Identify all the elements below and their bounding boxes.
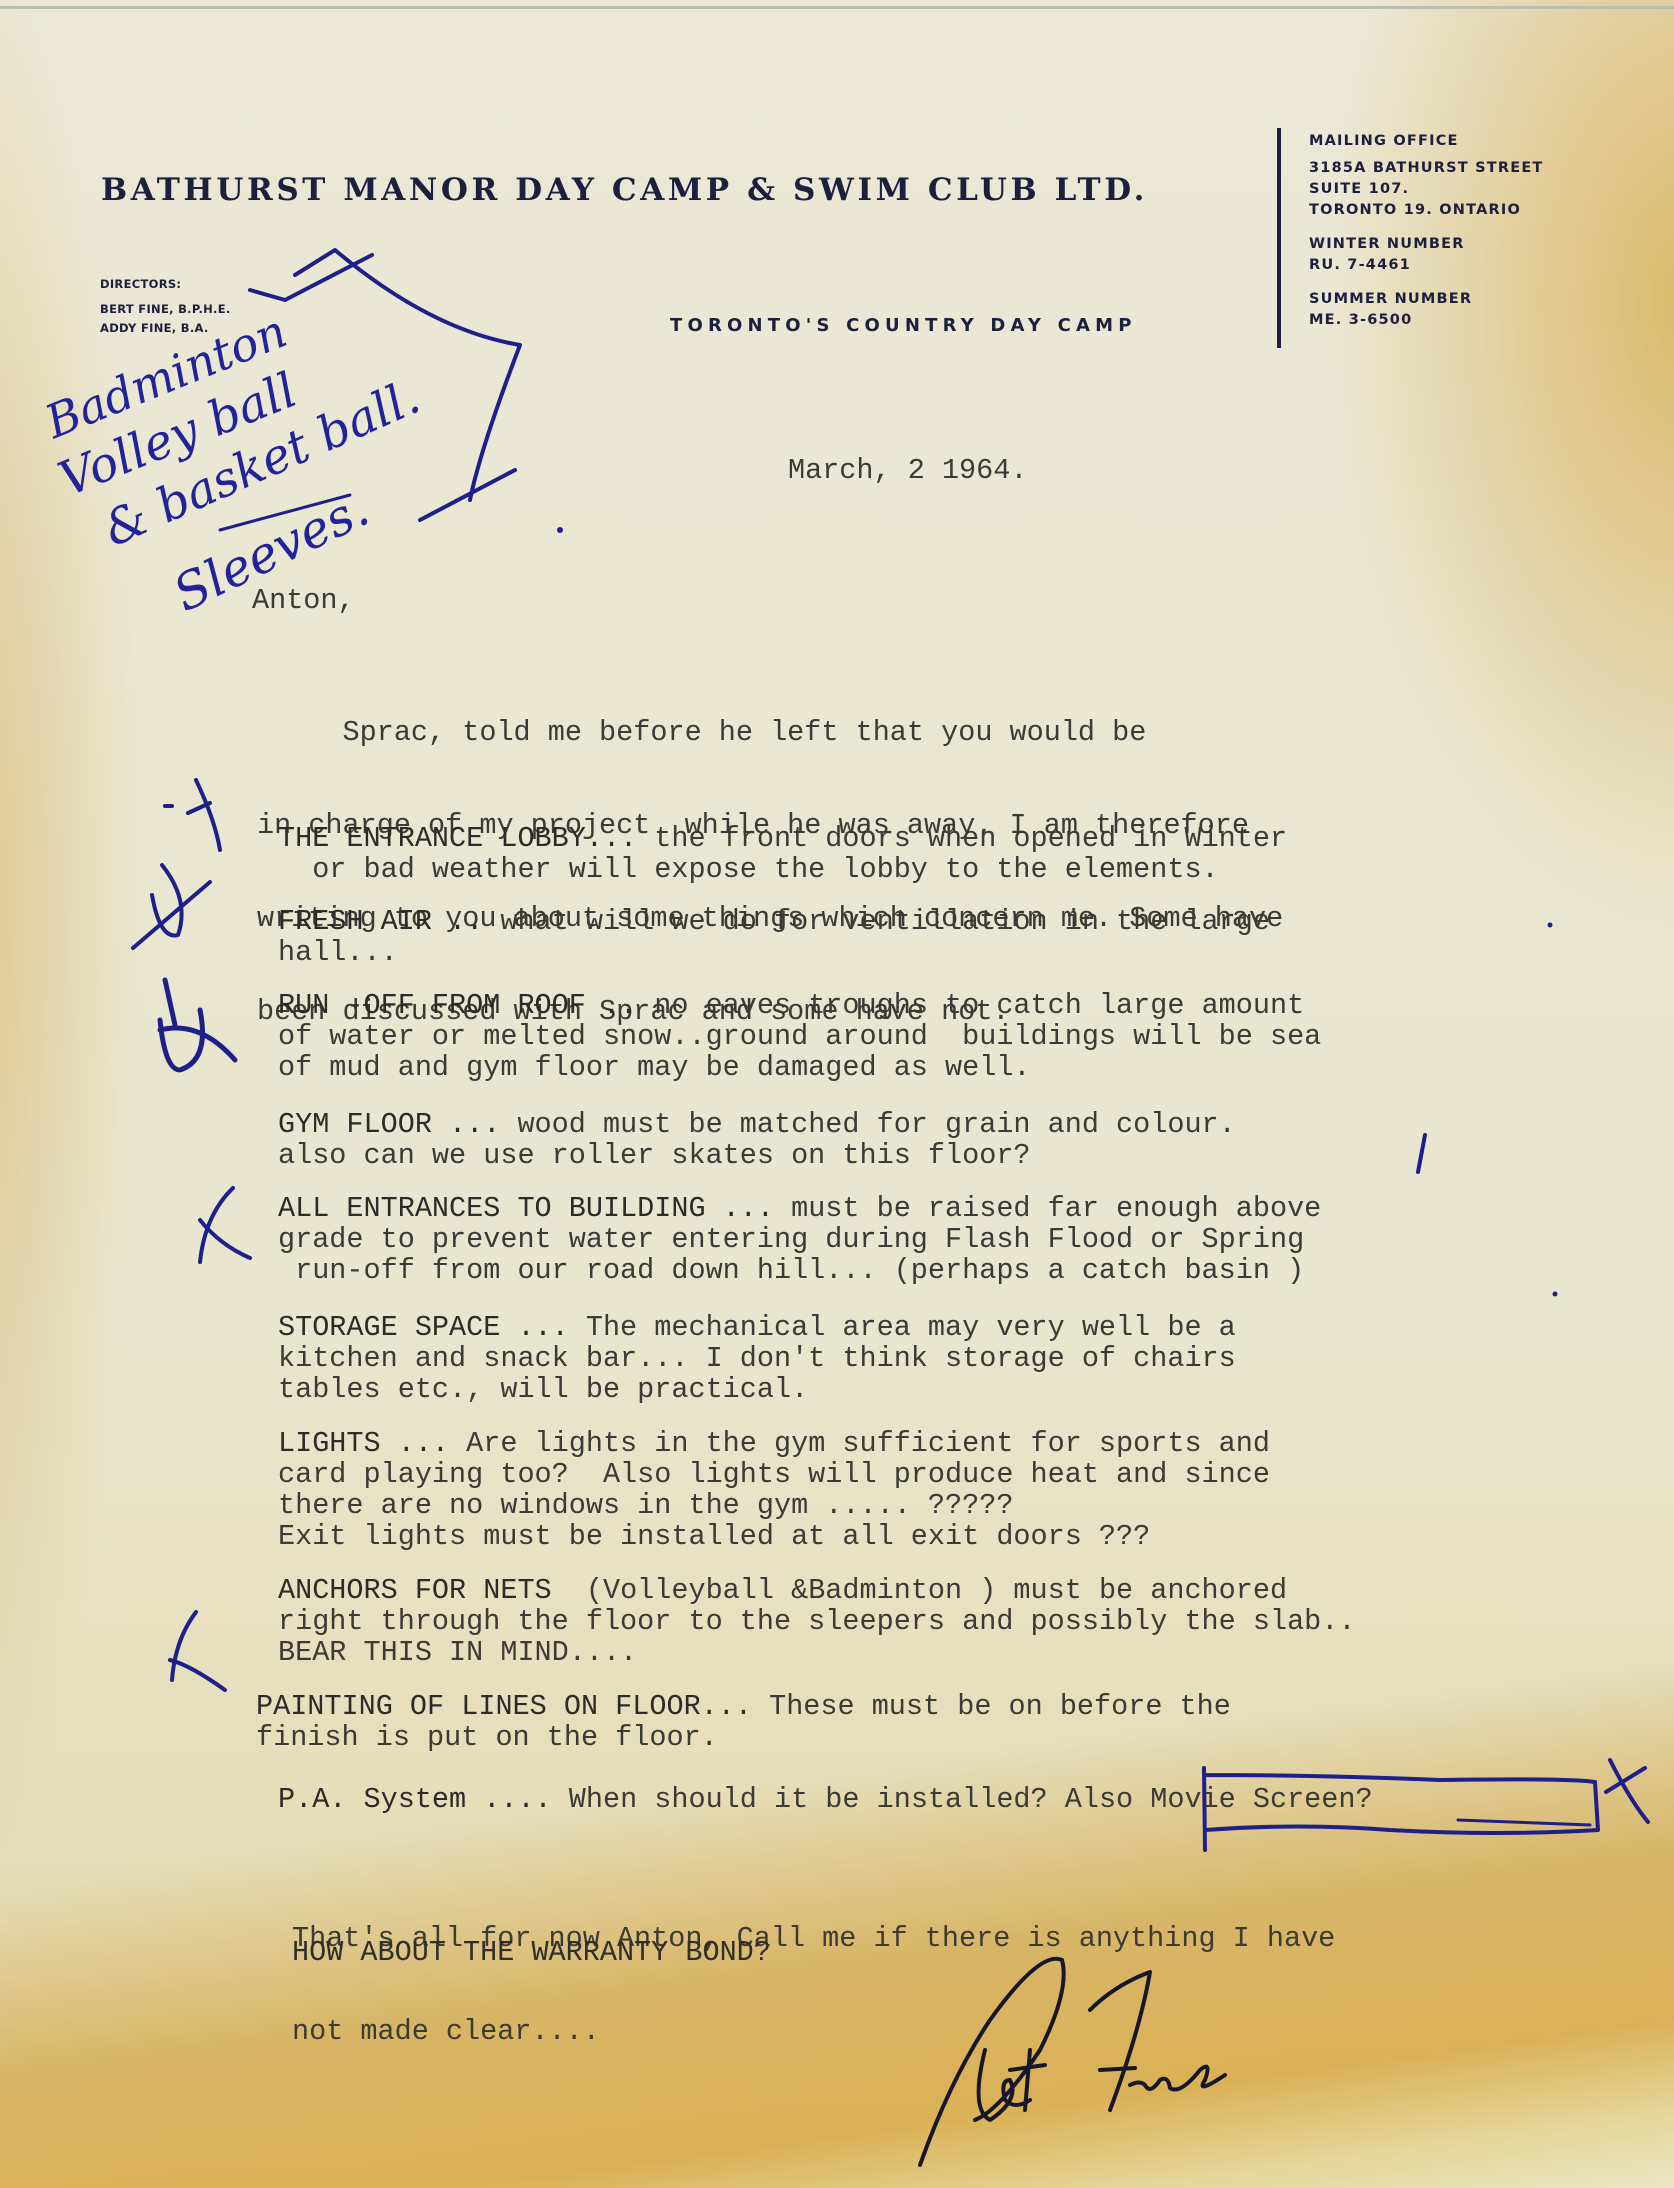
concern-text: right through the floor to the sleepers … — [278, 1605, 1355, 1638]
mailing-office-block: MAILING OFFICE 3185A BATHURST STREET SUI… — [1309, 131, 1544, 331]
director-name: BERT FINE, B.P.H.E. — [100, 300, 231, 319]
concern-text: card playing too? Also lights will produ… — [278, 1458, 1270, 1491]
concern-line: GYM FLOOR ... wood must be matched for g… — [278, 1109, 1236, 1140]
postscript: HOW ABOUT THE WARRANTY BOND? — [292, 1937, 771, 1968]
concern-heading: PAINTING OF LINES ON FLOOR... — [256, 1690, 752, 1723]
mailing-office-label: MAILING OFFICE — [1309, 131, 1544, 152]
letter-date: March, 2 1964. — [788, 454, 1027, 487]
concern-text: of water or melted snow..ground around b… — [278, 1020, 1321, 1053]
winter-number: RU. 7-4461 — [1309, 255, 1544, 276]
concern-item: RUN -OFF FROM ROOF .. no eaves troughs t… — [278, 990, 1321, 1083]
concern-line: PAINTING OF LINES ON FLOOR... These must… — [256, 1691, 1231, 1722]
concern-text: of mud and gym floor may be damaged as w… — [278, 1051, 1031, 1084]
concern-heading: LIGHTS ... — [278, 1427, 449, 1460]
address-line: SUITE 107. — [1309, 179, 1544, 200]
concern-text: hall... — [278, 936, 398, 969]
concern-text: must be raised far enough above — [774, 1192, 1321, 1225]
concern-heading: FRESH AIR .. — [278, 905, 483, 938]
concern-line: of water or melted snow..ground around b… — [278, 1021, 1321, 1052]
concern-item: STORAGE SPACE ... The mechanical area ma… — [278, 1312, 1236, 1405]
concern-line: of mud and gym floor may be damaged as w… — [278, 1052, 1321, 1083]
concern-line: finish is put on the floor. — [256, 1722, 1231, 1753]
address-line: TORONTO 19. ONTARIO — [1309, 200, 1544, 221]
concern-text: These must be on before the — [752, 1690, 1231, 1723]
concern-text: kitchen and snack bar... I don't think s… — [278, 1342, 1236, 1375]
closing-paragraph: That's all for now Anton, Call me if the… — [292, 1861, 1335, 2078]
concern-text: BEAR THIS IN MIND.... — [278, 1636, 637, 1669]
directors-label: DIRECTORS: — [100, 275, 231, 294]
concern-item: THE ENTRANCE LOBBY... the front doors wh… — [278, 823, 1287, 885]
concern-text: (Volleyball &Badminton ) must be anchore… — [552, 1574, 1287, 1607]
concern-text: or bad weather will expose the lobby to … — [278, 853, 1219, 886]
concern-text: tables etc., will be practical. — [278, 1373, 808, 1406]
salutation: Anton, — [252, 584, 355, 617]
concern-text: The mechanical area may very well be a — [569, 1311, 1236, 1344]
concern-heading: ALL ENTRANCES TO BUILDING ... — [278, 1192, 774, 1225]
concern-text: When should it be installed? Also Movie … — [552, 1783, 1373, 1816]
concern-item: GYM FLOOR ... wood must be matched for g… — [278, 1109, 1236, 1171]
concern-heading: RUN -OFF FROM ROOF .. — [278, 989, 637, 1022]
concern-line: grade to prevent water entering during F… — [278, 1224, 1321, 1255]
concern-line: LIGHTS ... Are lights in the gym suffici… — [278, 1428, 1270, 1459]
concern-item: ANCHORS FOR NETS (Volleyball &Badminton … — [278, 1575, 1355, 1668]
concern-heading: STORAGE SPACE ... — [278, 1311, 569, 1344]
concern-text: there are no windows in the gym ..... ??… — [278, 1489, 1013, 1522]
scan-edge — [0, 6, 1674, 9]
concern-line: STORAGE SPACE ... The mechanical area ma… — [278, 1312, 1236, 1343]
concern-line: tables etc., will be practical. — [278, 1374, 1236, 1405]
concern-item: ALL ENTRANCES TO BUILDING ... must be ra… — [278, 1193, 1321, 1286]
concern-item: P.A. System .... When should it be insta… — [278, 1784, 1373, 1815]
closing-line: not made clear.... — [292, 2016, 1335, 2047]
letterhead-title: BATHURST MANOR DAY CAMP & SWIM CLUB LTD. — [101, 172, 1148, 208]
concern-text: no eaves troughs to catch large amount — [637, 989, 1304, 1022]
concern-line: ALL ENTRANCES TO BUILDING ... must be ra… — [278, 1193, 1321, 1224]
intro-line: Sprac, told me before he left that you w… — [257, 717, 1283, 748]
concern-heading: THE ENTRANCE LOBBY... — [278, 822, 637, 855]
concern-text: wood must be matched for grain and colou… — [500, 1108, 1235, 1141]
concern-text: Exit lights must be installed at all exi… — [278, 1520, 1150, 1553]
concern-line: card playing too? Also lights will produ… — [278, 1459, 1270, 1490]
concern-text: the front doors when opened in Winter — [637, 822, 1287, 855]
concern-text: run-off from our road down hill... (perh… — [278, 1254, 1304, 1287]
concern-text: also can we use roller skates on this fl… — [278, 1139, 1031, 1172]
summer-number-label: SUMMER NUMBER — [1309, 289, 1544, 310]
concern-line: FRESH AIR .. what will we do for ventill… — [278, 906, 1270, 937]
concern-item: PAINTING OF LINES ON FLOOR... These must… — [256, 1691, 1231, 1753]
letterhead-divider — [1277, 128, 1281, 348]
concern-line: kitchen and snack bar... I don't think s… — [278, 1343, 1236, 1374]
concern-line: ANCHORS FOR NETS (Volleyball &Badminton … — [278, 1575, 1355, 1606]
concern-line: Exit lights must be installed at all exi… — [278, 1521, 1270, 1552]
concern-item: FRESH AIR .. what will we do for ventill… — [278, 906, 1270, 968]
concern-line: THE ENTRANCE LOBBY... the front doors wh… — [278, 823, 1287, 854]
concern-line: BEAR THIS IN MIND.... — [278, 1637, 1355, 1668]
concern-line: right through the floor to the sleepers … — [278, 1606, 1355, 1637]
concern-line: P.A. System .... When should it be insta… — [278, 1784, 1373, 1815]
concern-line: hall... — [278, 937, 1270, 968]
concern-heading: ANCHORS FOR NETS — [278, 1574, 552, 1607]
concern-heading: GYM FLOOR ... — [278, 1108, 500, 1141]
summer-number: ME. 3-6500 — [1309, 310, 1544, 331]
concern-item: LIGHTS ... Are lights in the gym suffici… — [278, 1428, 1270, 1552]
concern-line: also can we use roller skates on this fl… — [278, 1140, 1236, 1171]
address-line: 3185A BATHURST STREET — [1309, 158, 1544, 179]
concern-heading: P.A. System .... — [278, 1783, 552, 1816]
winter-number-label: WINTER NUMBER — [1309, 234, 1544, 255]
concern-text: what will we do for ventillation in the … — [483, 905, 1270, 938]
concern-text: finish is put on the floor. — [256, 1721, 718, 1754]
concern-line: there are no windows in the gym ..... ??… — [278, 1490, 1270, 1521]
concern-line: RUN -OFF FROM ROOF .. no eaves troughs t… — [278, 990, 1321, 1021]
letterhead-tagline: TORONTO'S COUNTRY DAY CAMP — [670, 315, 1137, 336]
concern-text: Are lights in the gym sufficient for spo… — [449, 1427, 1270, 1460]
concern-text: grade to prevent water entering during F… — [278, 1223, 1304, 1256]
concern-line: or bad weather will expose the lobby to … — [278, 854, 1287, 885]
concern-line: run-off from our road down hill... (perh… — [278, 1255, 1321, 1286]
